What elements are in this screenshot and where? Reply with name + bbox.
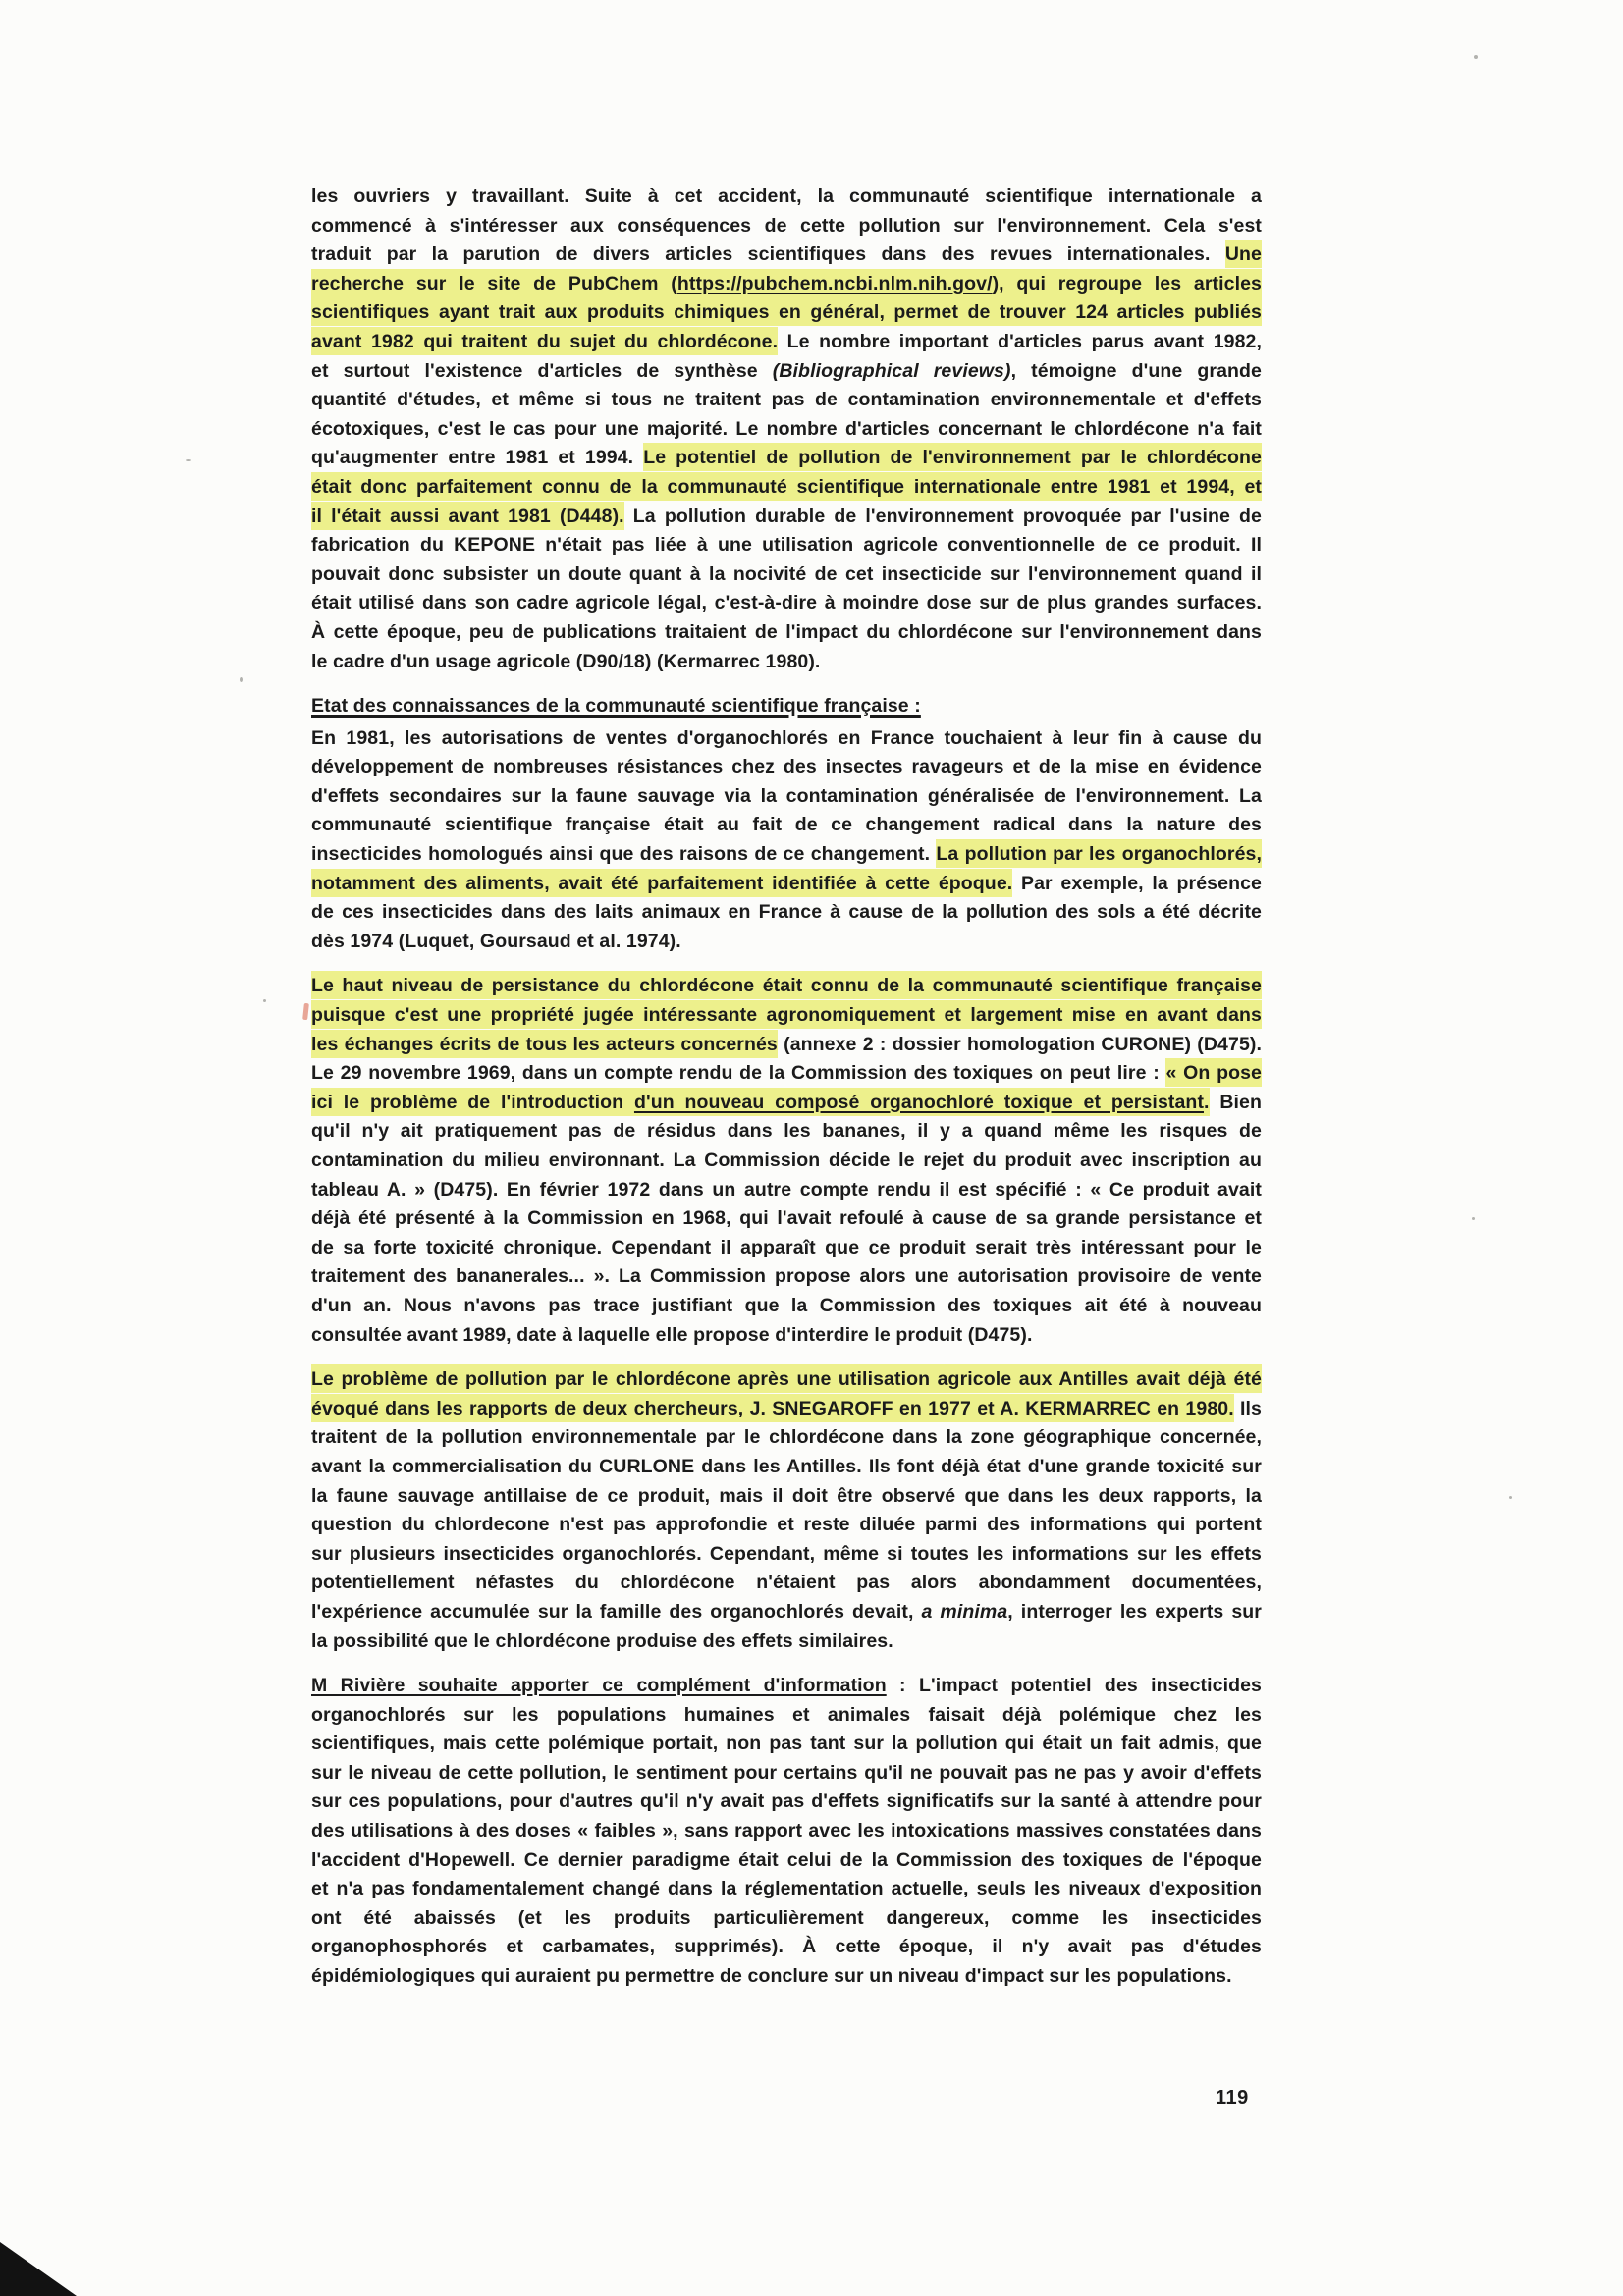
highlighted-text: était donc parfaitement connu de la comm… [311, 472, 1262, 501]
text-line: question du chlordecone n'est pas approf… [311, 1511, 1262, 1540]
text-run: contamination du milieu environnant. La … [311, 1149, 1262, 1171]
text-line: traitement des bananerales... ». La Comm… [311, 1262, 1262, 1292]
text-run: , interroger les experts sur [1007, 1601, 1262, 1623]
text-run: Ils [1234, 1398, 1262, 1419]
text-line: À cette époque, peu de publications trai… [311, 618, 1262, 648]
italic-text: (Bibliographical reviews) [773, 360, 1011, 382]
text-run: qu'augmenter entre 1981 et 1994. [311, 447, 643, 468]
highlighted-text: recherche sur le site de PubChem ( [311, 269, 677, 297]
text-line: d'effets secondaires sur la faune sauvag… [311, 782, 1262, 812]
text-run: sur le niveau de cette pollution, le sen… [311, 1762, 1262, 1784]
highlighted-text: scientifiques ayant trait aux produits c… [311, 297, 1262, 326]
text-run: sur ces populations, pour d'autres qu'il… [311, 1790, 1262, 1812]
underlined-lead-in: M Rivière souhaite apporter ce complémen… [311, 1675, 887, 1696]
text-run: insecticides homologués ainsi que des ra… [311, 843, 936, 865]
paragraph-snegaroff-kermarrec: Le problème de pollution par le chlordéc… [311, 1365, 1262, 1656]
text-run: ont été abaissés (et les produits partic… [311, 1907, 1262, 1929]
text-line: était donc parfaitement connu de la comm… [311, 473, 1262, 503]
text-run: (annexe 2 : dossier homologation CURONE)… [778, 1034, 1262, 1055]
text-line: de ces insecticides dans des laits anima… [311, 898, 1262, 928]
text-run: fabrication du KEPONE n'était pas liée à… [311, 534, 1262, 556]
text-run: La pollution durable de l'environnement … [624, 506, 1262, 527]
text-run: Par exemple, la présence [1012, 873, 1262, 894]
scan-speck [1509, 1496, 1512, 1499]
text-run: tableau A. » (D475). En février 1972 dan… [311, 1179, 1262, 1201]
highlighted-text: les échanges écrits de tous les acteurs … [311, 1030, 778, 1058]
text-run: , témoigne d'une grande [1011, 360, 1262, 382]
text-line: sur plusieurs insecticides organochlorés… [311, 1540, 1262, 1570]
paragraph-persistance-commission: Le haut niveau de persistance du chlordé… [311, 972, 1262, 1350]
text-run: traitement des bananerales... ». La Comm… [311, 1265, 1262, 1287]
text-run: d'effets secondaires sur la faune sauvag… [311, 785, 1262, 807]
text-run: organochlorés sur les populations humain… [311, 1704, 1262, 1726]
text-line: il l'était aussi avant 1981 (D448). La p… [311, 503, 1262, 532]
text-run: de sa forte toxicité chronique. Cependan… [311, 1237, 1262, 1258]
highlighted-text: « On pose [1165, 1058, 1262, 1087]
scan-speck [1474, 55, 1478, 59]
highlighted-text: puisque c'est une propriété jugée intére… [311, 1000, 1262, 1029]
text-run: potentiellement néfastes du chlordécone … [311, 1572, 1262, 1593]
text-line: les ouvriers y travaillant. Suite à cet … [311, 183, 1262, 212]
highlighted-text: évoqué dans les rapports de deux cherche… [311, 1394, 1234, 1422]
page-number: 119 [1216, 2087, 1249, 2109]
text-run: développement de nombreuses résistances … [311, 756, 1262, 777]
text-run: Bien [1210, 1092, 1262, 1113]
text-run: épidémiologiques qui auraient pu permett… [311, 1965, 1232, 1987]
text-run: les ouvriers y travaillant. Suite à cet … [311, 186, 1262, 207]
text-line: scientifiques, mais cette polémique port… [311, 1730, 1262, 1759]
highlighted-text: notamment des aliments, avait été parfai… [311, 869, 1012, 897]
text-line: était utilisé dans son cadre agricole lé… [311, 589, 1262, 618]
highlighted-text: La pollution par les organochlorés, [936, 839, 1262, 868]
underlined-highlight: d'un nouveau composé organochloré toxiqu… [634, 1088, 1204, 1116]
highlighted-text: Une [1225, 240, 1262, 268]
text-line: potentiellement néfastes du chlordécone … [311, 1569, 1262, 1598]
text-run: déjà été présenté à la Commission en 196… [311, 1207, 1262, 1229]
text-run: la possibilité que le chlordécone produi… [311, 1630, 893, 1652]
text-run: commencé à s'intéresser aux conséquences… [311, 215, 1262, 237]
text-line: organophosphorés et carbamates, supprimé… [311, 1933, 1262, 1962]
highlighted-text: il l'était aussi avant 1981 (D448). [311, 502, 624, 530]
scan-speck [240, 677, 243, 682]
text-line: En 1981, les autorisations de ventes d'o… [311, 724, 1262, 754]
paragraph-riviere-complement: M Rivière souhaite apporter ce complémen… [311, 1672, 1262, 1992]
text-line: évoqué dans les rapports de deux cherche… [311, 1395, 1262, 1424]
text-line: organochlorés sur les populations humain… [311, 1701, 1262, 1731]
text-line: recherche sur le site de PubChem (https:… [311, 270, 1262, 299]
text-run: était utilisé dans son cadre agricole lé… [311, 592, 1262, 614]
text-run: consultée avant 1989, date à laquelle el… [311, 1324, 1032, 1346]
text-line: communauté scientifique française était … [311, 811, 1262, 840]
highlighter-smudge [302, 1003, 309, 1020]
text-run: et surtout l'existence d'articles de syn… [311, 360, 773, 382]
highlighted-text: Le potentiel de pollution de l'environne… [643, 443, 1262, 471]
document-body: les ouvriers y travaillant. Suite à cet … [311, 183, 1262, 2007]
text-run: question du chlordecone n'est pas approf… [311, 1514, 1262, 1535]
text-line: sur le niveau de cette pollution, le sen… [311, 1759, 1262, 1789]
text-line: le cadre d'un usage agricole (D90/18) (K… [311, 648, 1262, 677]
text-run: organophosphorés et carbamates, supprimé… [311, 1936, 1262, 1957]
text-line: insecticides homologués ainsi que des ra… [311, 840, 1262, 870]
scanned-document-page: les ouvriers y travaillant. Suite à cet … [0, 0, 1623, 2296]
text-line: épidémiologiques qui auraient pu permett… [311, 1962, 1262, 1992]
highlighted-text: Le haut niveau de persistance du chlordé… [311, 971, 1262, 999]
pubchem-url: https://pubchem.ncbi.nlm.nih.gov/ [677, 269, 993, 297]
text-run: scientifiques, mais cette polémique port… [311, 1733, 1262, 1754]
highlighted-text: ), qui regroupe les articles [993, 269, 1262, 297]
scan-speck [263, 999, 266, 1002]
text-line: les échanges écrits de tous les acteurs … [311, 1031, 1262, 1060]
text-line: la faune sauvage antillaise de ce produi… [311, 1482, 1262, 1512]
text-line: l'expérience accumulée sur la famille de… [311, 1598, 1262, 1628]
text-run: traitent de la pollution environnemental… [311, 1426, 1262, 1448]
text-line: traitent de la pollution environnemental… [311, 1423, 1262, 1453]
text-line: contamination du milieu environnant. La … [311, 1147, 1262, 1176]
text-run: À cette époque, peu de publications trai… [311, 621, 1262, 643]
text-line: fabrication du KEPONE n'était pas liée à… [311, 531, 1262, 561]
text-line: Le 29 novembre 1969, dans un compte rend… [311, 1059, 1262, 1089]
text-run: l'accident d'Hopewell. Ce dernier paradi… [311, 1849, 1262, 1871]
text-line: l'accident d'Hopewell. Ce dernier paradi… [311, 1846, 1262, 1876]
text-line: commencé à s'intéresser aux conséquences… [311, 212, 1262, 241]
text-line: M Rivière souhaite apporter ce complémen… [311, 1672, 1262, 1701]
text-run: En 1981, les autorisations de ventes d'o… [311, 727, 1262, 749]
italic-text: a minima [921, 1601, 1007, 1623]
text-run: des utilisations à des doses « faibles »… [311, 1820, 1262, 1842]
text-run: dès 1974 (Luquet, Goursaud et al. 1974). [311, 931, 681, 952]
text-line: traduit par la parution de divers articl… [311, 240, 1262, 270]
text-line: ont été abaissés (et les produits partic… [311, 1904, 1262, 1934]
text-line: déjà été présenté à la Commission en 196… [311, 1204, 1262, 1234]
scan-corner-artifact [0, 2242, 77, 2296]
text-line: notamment des aliments, avait été parfai… [311, 870, 1262, 899]
text-line: pouvait donc subsister un doute quant à … [311, 561, 1262, 590]
text-line: Etat des connaissances de la communauté … [311, 692, 1262, 721]
text-run: quantité d'études, et même si tous ne tr… [311, 389, 1262, 410]
section-heading-text: Etat des connaissances de la communauté … [311, 695, 921, 717]
text-line: qu'il n'y ait pratiquement pas de résidu… [311, 1117, 1262, 1147]
text-line: quantité d'études, et même si tous ne tr… [311, 386, 1262, 415]
text-run: : L'impact potentiel des insecticides [887, 1675, 1262, 1696]
text-run: d'un an. Nous n'avons pas trace justifia… [311, 1295, 1262, 1316]
text-line: et surtout l'existence d'articles de syn… [311, 357, 1262, 387]
text-line: et n'a pas fondamentalement changé dans … [311, 1875, 1262, 1904]
text-run: communauté scientifique française était … [311, 814, 1262, 835]
text-line: écotoxiques, c'est le cas pour une major… [311, 415, 1262, 445]
text-run: Le nombre important d'articles parus ava… [778, 331, 1262, 352]
scan-speck [186, 459, 191, 461]
text-line: sur ces populations, pour d'autres qu'il… [311, 1788, 1262, 1817]
text-line: consultée avant 1989, date à laquelle el… [311, 1321, 1262, 1351]
text-run: traduit par la parution de divers articl… [311, 243, 1225, 265]
text-run: sur plusieurs insecticides organochlorés… [311, 1543, 1262, 1565]
text-line: qu'augmenter entre 1981 et 1994. Le pote… [311, 444, 1262, 473]
text-run: qu'il n'y ait pratiquement pas de résidu… [311, 1120, 1262, 1142]
text-line: développement de nombreuses résistances … [311, 753, 1262, 782]
highlighted-text: ici le problème de l'introduction [311, 1088, 634, 1116]
scan-speck [1472, 1217, 1475, 1220]
text-line: dès 1974 (Luquet, Goursaud et al. 1974). [311, 928, 1262, 957]
text-run: et n'a pas fondamentalement changé dans … [311, 1878, 1262, 1899]
highlighted-text: avant 1982 qui traitent du sujet du chlo… [311, 327, 778, 355]
text-run: l'expérience accumulée sur la famille de… [311, 1601, 921, 1623]
text-line: la possibilité que le chlordécone produi… [311, 1628, 1262, 1657]
text-line: tableau A. » (D475). En février 1972 dan… [311, 1176, 1262, 1205]
text-line: ici le problème de l'introduction d'un n… [311, 1089, 1262, 1118]
text-run: de ces insecticides dans des laits anima… [311, 901, 1262, 923]
text-run: pouvait donc subsister un doute quant à … [311, 563, 1262, 585]
text-line: puisque c'est une propriété jugée intére… [311, 1001, 1262, 1031]
heading-etat-des-connaissances: Etat des connaissances de la communauté … [311, 692, 1262, 721]
text-line: scientifiques ayant trait aux produits c… [311, 298, 1262, 328]
text-line: Le problème de pollution par le chlordéc… [311, 1365, 1262, 1395]
text-run: avant la commercialisation du CURLONE da… [311, 1456, 1262, 1477]
text-line: avant la commercialisation du CURLONE da… [311, 1453, 1262, 1482]
text-run: écotoxiques, c'est le cas pour une major… [311, 418, 1262, 440]
text-run: le cadre d'un usage agricole (D90/18) (K… [311, 651, 820, 672]
text-run: Le 29 novembre 1969, dans un compte rend… [311, 1062, 1165, 1084]
paragraph-organochlores-france: En 1981, les autorisations de ventes d'o… [311, 724, 1262, 957]
text-line: d'un an. Nous n'avons pas trace justifia… [311, 1292, 1262, 1321]
text-run: la faune sauvage antillaise de ce produi… [311, 1485, 1262, 1507]
text-line: avant 1982 qui traitent du sujet du chlo… [311, 328, 1262, 357]
text-line: des utilisations à des doses « faibles »… [311, 1817, 1262, 1846]
text-line: Le haut niveau de persistance du chlordé… [311, 972, 1262, 1001]
text-line: de sa forte toxicité chronique. Cependan… [311, 1234, 1262, 1263]
highlighted-text: Le problème de pollution par le chlordéc… [311, 1364, 1262, 1393]
paragraph-hopewell-pubchem: les ouvriers y travaillant. Suite à cet … [311, 183, 1262, 676]
